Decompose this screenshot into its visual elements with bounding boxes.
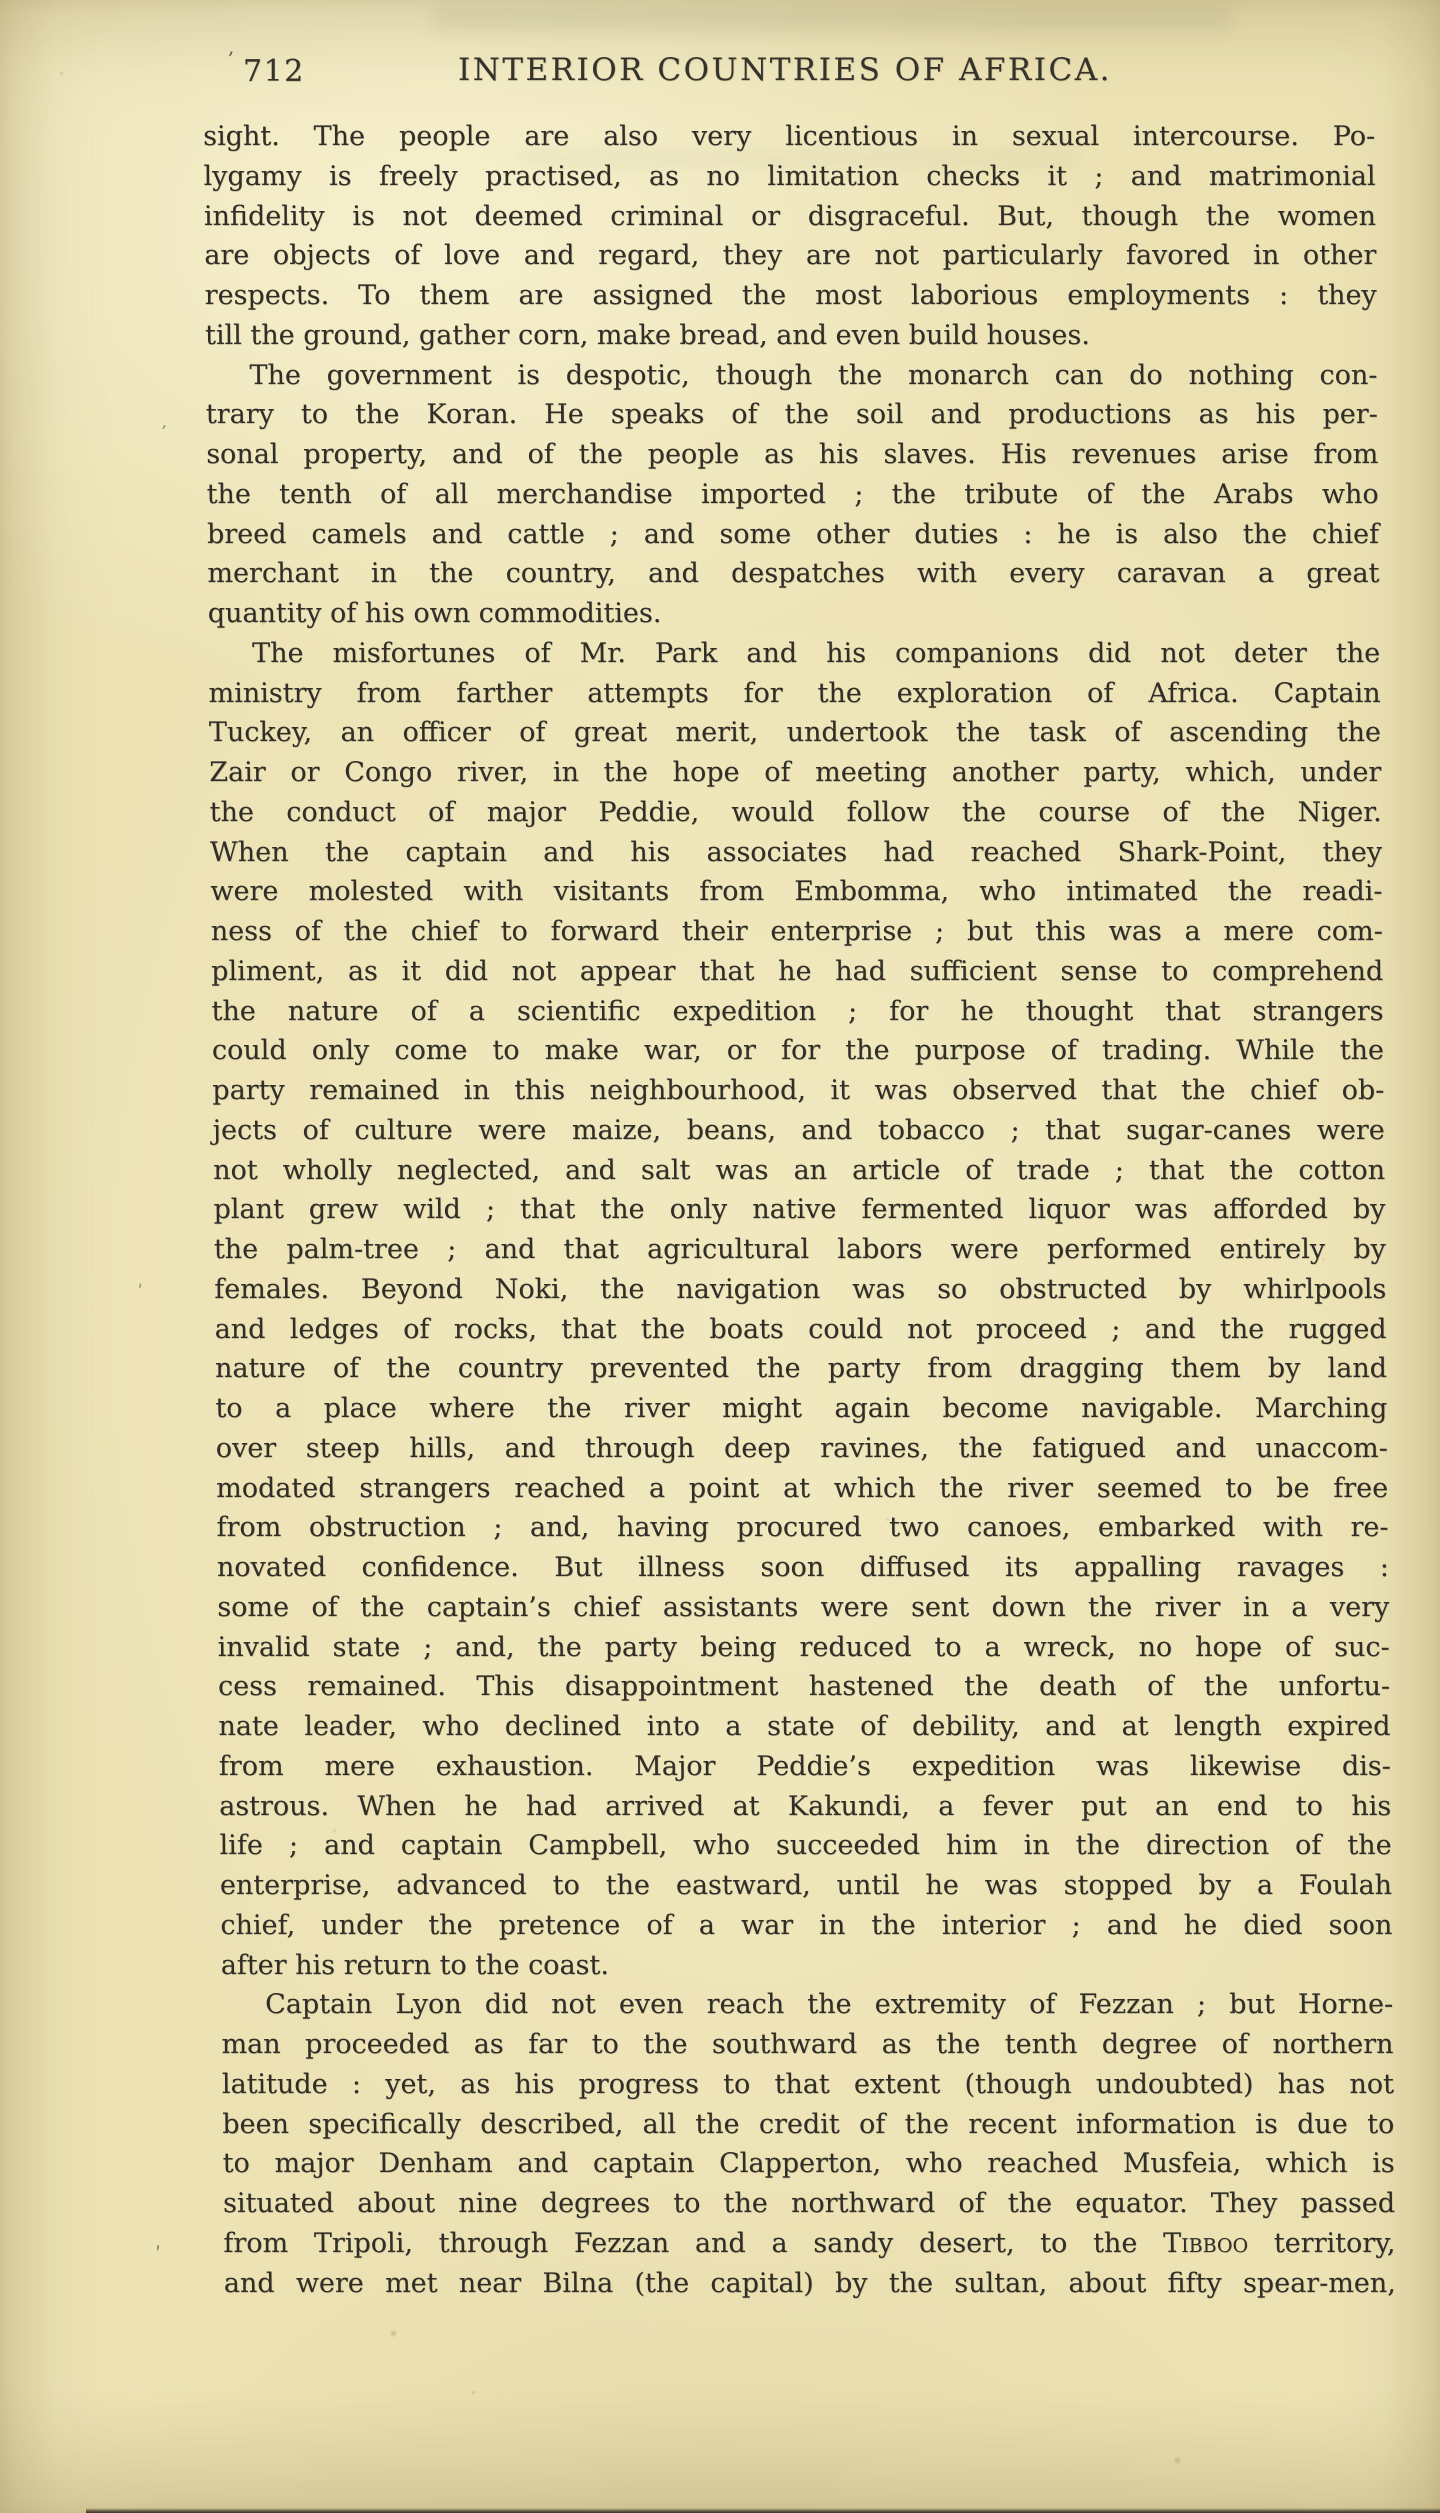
text-line: females. Beyond Noki, the navigation was… — [214, 1270, 1386, 1310]
text-line: enterprise, advanced to the eastward, un… — [220, 1866, 1392, 1906]
text-line: plant grew wild ; that the only native f… — [213, 1190, 1385, 1230]
text-line: some of the captain’s chief assistants w… — [217, 1588, 1389, 1628]
text-line: When the captain and his associates had … — [210, 833, 1382, 873]
text-line: Captain Lyon did not even reach the extr… — [221, 1985, 1393, 2025]
text-line: astrous. When he had arrived at Kakundi,… — [219, 1787, 1391, 1827]
text-line: respects. To them are assigned the most … — [205, 276, 1377, 316]
text-line: been specifically described, all the cre… — [222, 2105, 1394, 2145]
ink-mark: ’ — [158, 424, 167, 443]
text-line: from Tripoli, through Fezzan and a sandy… — [223, 2224, 1395, 2264]
text-line: latitude : yet, as his progress to that … — [222, 2065, 1394, 2105]
text-line: over steep hills, and through deep ravin… — [216, 1429, 1388, 1469]
text-line: ness of the chief to forward their enter… — [211, 912, 1383, 952]
text-line: ministry from farther attempts for the e… — [208, 674, 1380, 714]
text-line: merchant in the country, and despatches … — [207, 554, 1379, 594]
ink-mark: ’ — [226, 49, 234, 70]
text-line: trary to the Koran. He speaks of the soi… — [206, 395, 1378, 435]
text-line: sight. The people are also very licentio… — [203, 117, 1375, 157]
running-header-title: INTERIOR COUNTRIES OF AFRICA. — [458, 52, 1112, 88]
ink-mark: ‚ — [133, 1272, 144, 1291]
scan-bottom-edge — [86, 2508, 1440, 2513]
paragraph: The misfortunes of Mr. Park and his comp… — [208, 634, 1393, 1986]
text-line: Tuckey, an officer of great merit, under… — [209, 713, 1381, 753]
text-line: party remained in this neighbourhood, it… — [212, 1071, 1384, 1111]
text-line: to a place where the river might again b… — [215, 1389, 1387, 1429]
text-line: the tenth of all merchandise imported ; … — [206, 475, 1378, 515]
text-line: the palm-tree ; and that agricultural la… — [214, 1230, 1386, 1270]
text-line: not wholly neglected, and salt was an ar… — [213, 1151, 1385, 1191]
text-line: the nature of a scientific expedition ; … — [211, 992, 1383, 1032]
text-line: cess remained. This disappointment haste… — [218, 1667, 1390, 1707]
text-line: till the ground, gather corn, make bread… — [205, 316, 1377, 356]
text-line: and were met near Bilna (the capital) by… — [224, 2264, 1396, 2304]
book-page: ’ 712 INTERIOR COUNTRIES OF AFRICA. sigh… — [0, 0, 1440, 2513]
text-line: chief, under the pretence of a war in th… — [220, 1906, 1392, 1946]
text-line: were molested with visitants from Embomm… — [210, 872, 1382, 912]
text-line: from obstruction ; and, having procured … — [216, 1508, 1388, 1548]
text-line: life ; and captain Campbell, who succeed… — [219, 1826, 1391, 1866]
paper-specks — [0, 0, 3, 3]
page-text: sight. The people are also very licentio… — [203, 117, 1396, 2303]
text-line: to major Denham and captain Clapperton, … — [222, 2144, 1394, 2184]
paragraph: The government is despotic, though the m… — [205, 356, 1380, 634]
text-line: The government is despotic, though the m… — [205, 356, 1377, 396]
ink-mark: ’ — [154, 2243, 165, 2264]
paragraph: Captain Lyon did not even reach the extr… — [221, 1985, 1396, 2303]
text-line: and ledges of rocks, that the boats coul… — [214, 1310, 1386, 1350]
text-line: man proceeded as far to the southward as… — [221, 2025, 1393, 2065]
text-line: novated confidence. But illness soon dif… — [217, 1548, 1389, 1588]
text-line: breed camels and cattle ; and some other… — [207, 515, 1379, 555]
text-line: situated about nine degrees to the north… — [223, 2184, 1395, 2224]
text-line: modated strangers reached a point at whi… — [216, 1469, 1388, 1509]
text-line: pliment, as it did not appear that he ha… — [211, 952, 1383, 992]
text-line: sonal property, and of the people as his… — [206, 435, 1378, 475]
text-line: are objects of love and regard, they are… — [204, 236, 1376, 276]
text-line: invalid state ; and, the party being red… — [218, 1628, 1390, 1668]
text-line: quantity of his own commodities. — [208, 594, 1380, 634]
text-line: lygamy is freely practised, as no limita… — [203, 157, 1375, 197]
text-line: after his return to the coast. — [221, 1946, 1393, 1986]
text-line: nate leader, who declined into a state o… — [218, 1707, 1390, 1747]
text-line: Zair or Congo river, in the hope of meet… — [209, 753, 1381, 793]
text-line: infidelity is not deemed criminal or dis… — [204, 197, 1376, 237]
text-line: The misfortunes of Mr. Park and his comp… — [208, 634, 1380, 674]
paragraph: sight. The people are also very licentio… — [203, 117, 1377, 356]
bleed-through-ghost — [432, 6, 1232, 30]
page-number: 712 — [243, 54, 305, 89]
text-line: the conduct of major Peddie, would follo… — [209, 793, 1381, 833]
text-line: jects of culture were maize, beans, and … — [213, 1111, 1385, 1151]
text-line: nature of the country prevented the part… — [215, 1349, 1387, 1389]
text-line: from mere exhaustion. Major Peddie’s exp… — [219, 1747, 1391, 1787]
text-line: could only come to make war, or for the … — [212, 1031, 1384, 1071]
